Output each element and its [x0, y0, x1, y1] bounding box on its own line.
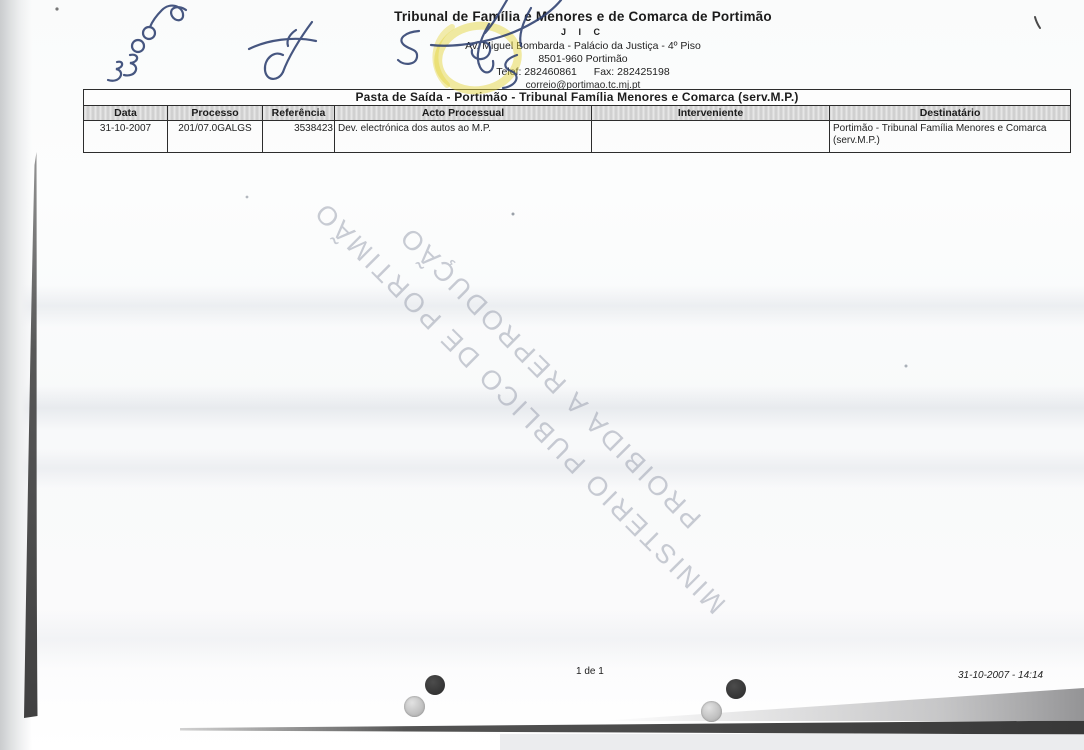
column-header-referencia: Referência [263, 106, 335, 121]
court-name: Tribunal de Família e Menores e de Comar… [83, 9, 1083, 24]
scanned-document-page: Tribunal de Família e Menores e de Comar… [0, 0, 1084, 750]
pasta-saida-table: Pasta de Saída - Portimão - Tribunal Fam… [83, 89, 1071, 153]
watermark-line-2: PROIBIDA A REPRODUÇÃO [334, 160, 767, 593]
page-indicator: 1 de 1 [576, 666, 604, 677]
hole-punch-mark-light [701, 701, 722, 722]
court-address: Av. Miguel Bombarda - Palácio da Justiça… [83, 40, 1083, 52]
scan-streak [0, 285, 1084, 327]
table-header-row: Data Processo Referência Acto Processual… [84, 106, 1071, 121]
column-header-destinatario: Destinatário [830, 106, 1071, 121]
cell-destinatario: Portimão - Tribunal Família Menores e Co… [830, 121, 1071, 153]
court-fax: Fax: 282425198 [594, 66, 670, 78]
column-header-data: Data [84, 106, 168, 121]
scan-streak [0, 385, 1084, 431]
column-header-interveniente: Interveniente [592, 106, 830, 121]
column-header-acto: Acto Processual [335, 106, 592, 121]
table-title: Pasta de Saída - Portimão - Tribunal Fam… [84, 90, 1071, 106]
cell-acto-processual: Dev. electrónica dos autos ao M.P. [335, 121, 592, 153]
bottom-edge-band [180, 721, 1084, 735]
court-postal: 8501-960 Portimão [83, 53, 1083, 65]
cell-interveniente [592, 121, 830, 153]
hole-punch-mark [726, 679, 746, 699]
cell-referencia: 3538423 [263, 121, 335, 153]
hole-punch-mark-light [404, 696, 425, 717]
scan-streak [0, 448, 1084, 488]
print-datetime: 31-10-2007 - 14:14 [958, 670, 1043, 681]
court-phone-fax: Telef: 282460861 Fax: 282425198 [83, 66, 1083, 78]
hole-punch-mark [425, 675, 445, 695]
bottom-right-shadow [600, 688, 1084, 721]
table-row: 31-10-2007 201/07.0GALGS 3538423 Dev. el… [84, 121, 1071, 153]
scan-streak [0, 608, 1084, 670]
column-header-processo: Processo [168, 106, 263, 121]
table-title-row: Pasta de Saída - Portimão - Tribunal Fam… [84, 90, 1071, 106]
document-header: Tribunal de Família e Menores e de Comar… [83, 9, 1083, 91]
court-telephone: Telef: 282460861 [496, 66, 577, 78]
watermark: MINISTERIO PUBLICO DE PORTIMÃO PROIBIDA … [303, 160, 767, 624]
watermark-line-1: MINISTERIO PUBLICO DE PORTIMÃO [303, 191, 736, 624]
cell-data: 31-10-2007 [84, 121, 168, 153]
cell-processo: 201/07.0GALGS [168, 121, 263, 153]
scanner-bed-strip [500, 734, 1084, 750]
court-section: J I C [83, 27, 1083, 37]
page-edge-shadow [0, 0, 32, 750]
